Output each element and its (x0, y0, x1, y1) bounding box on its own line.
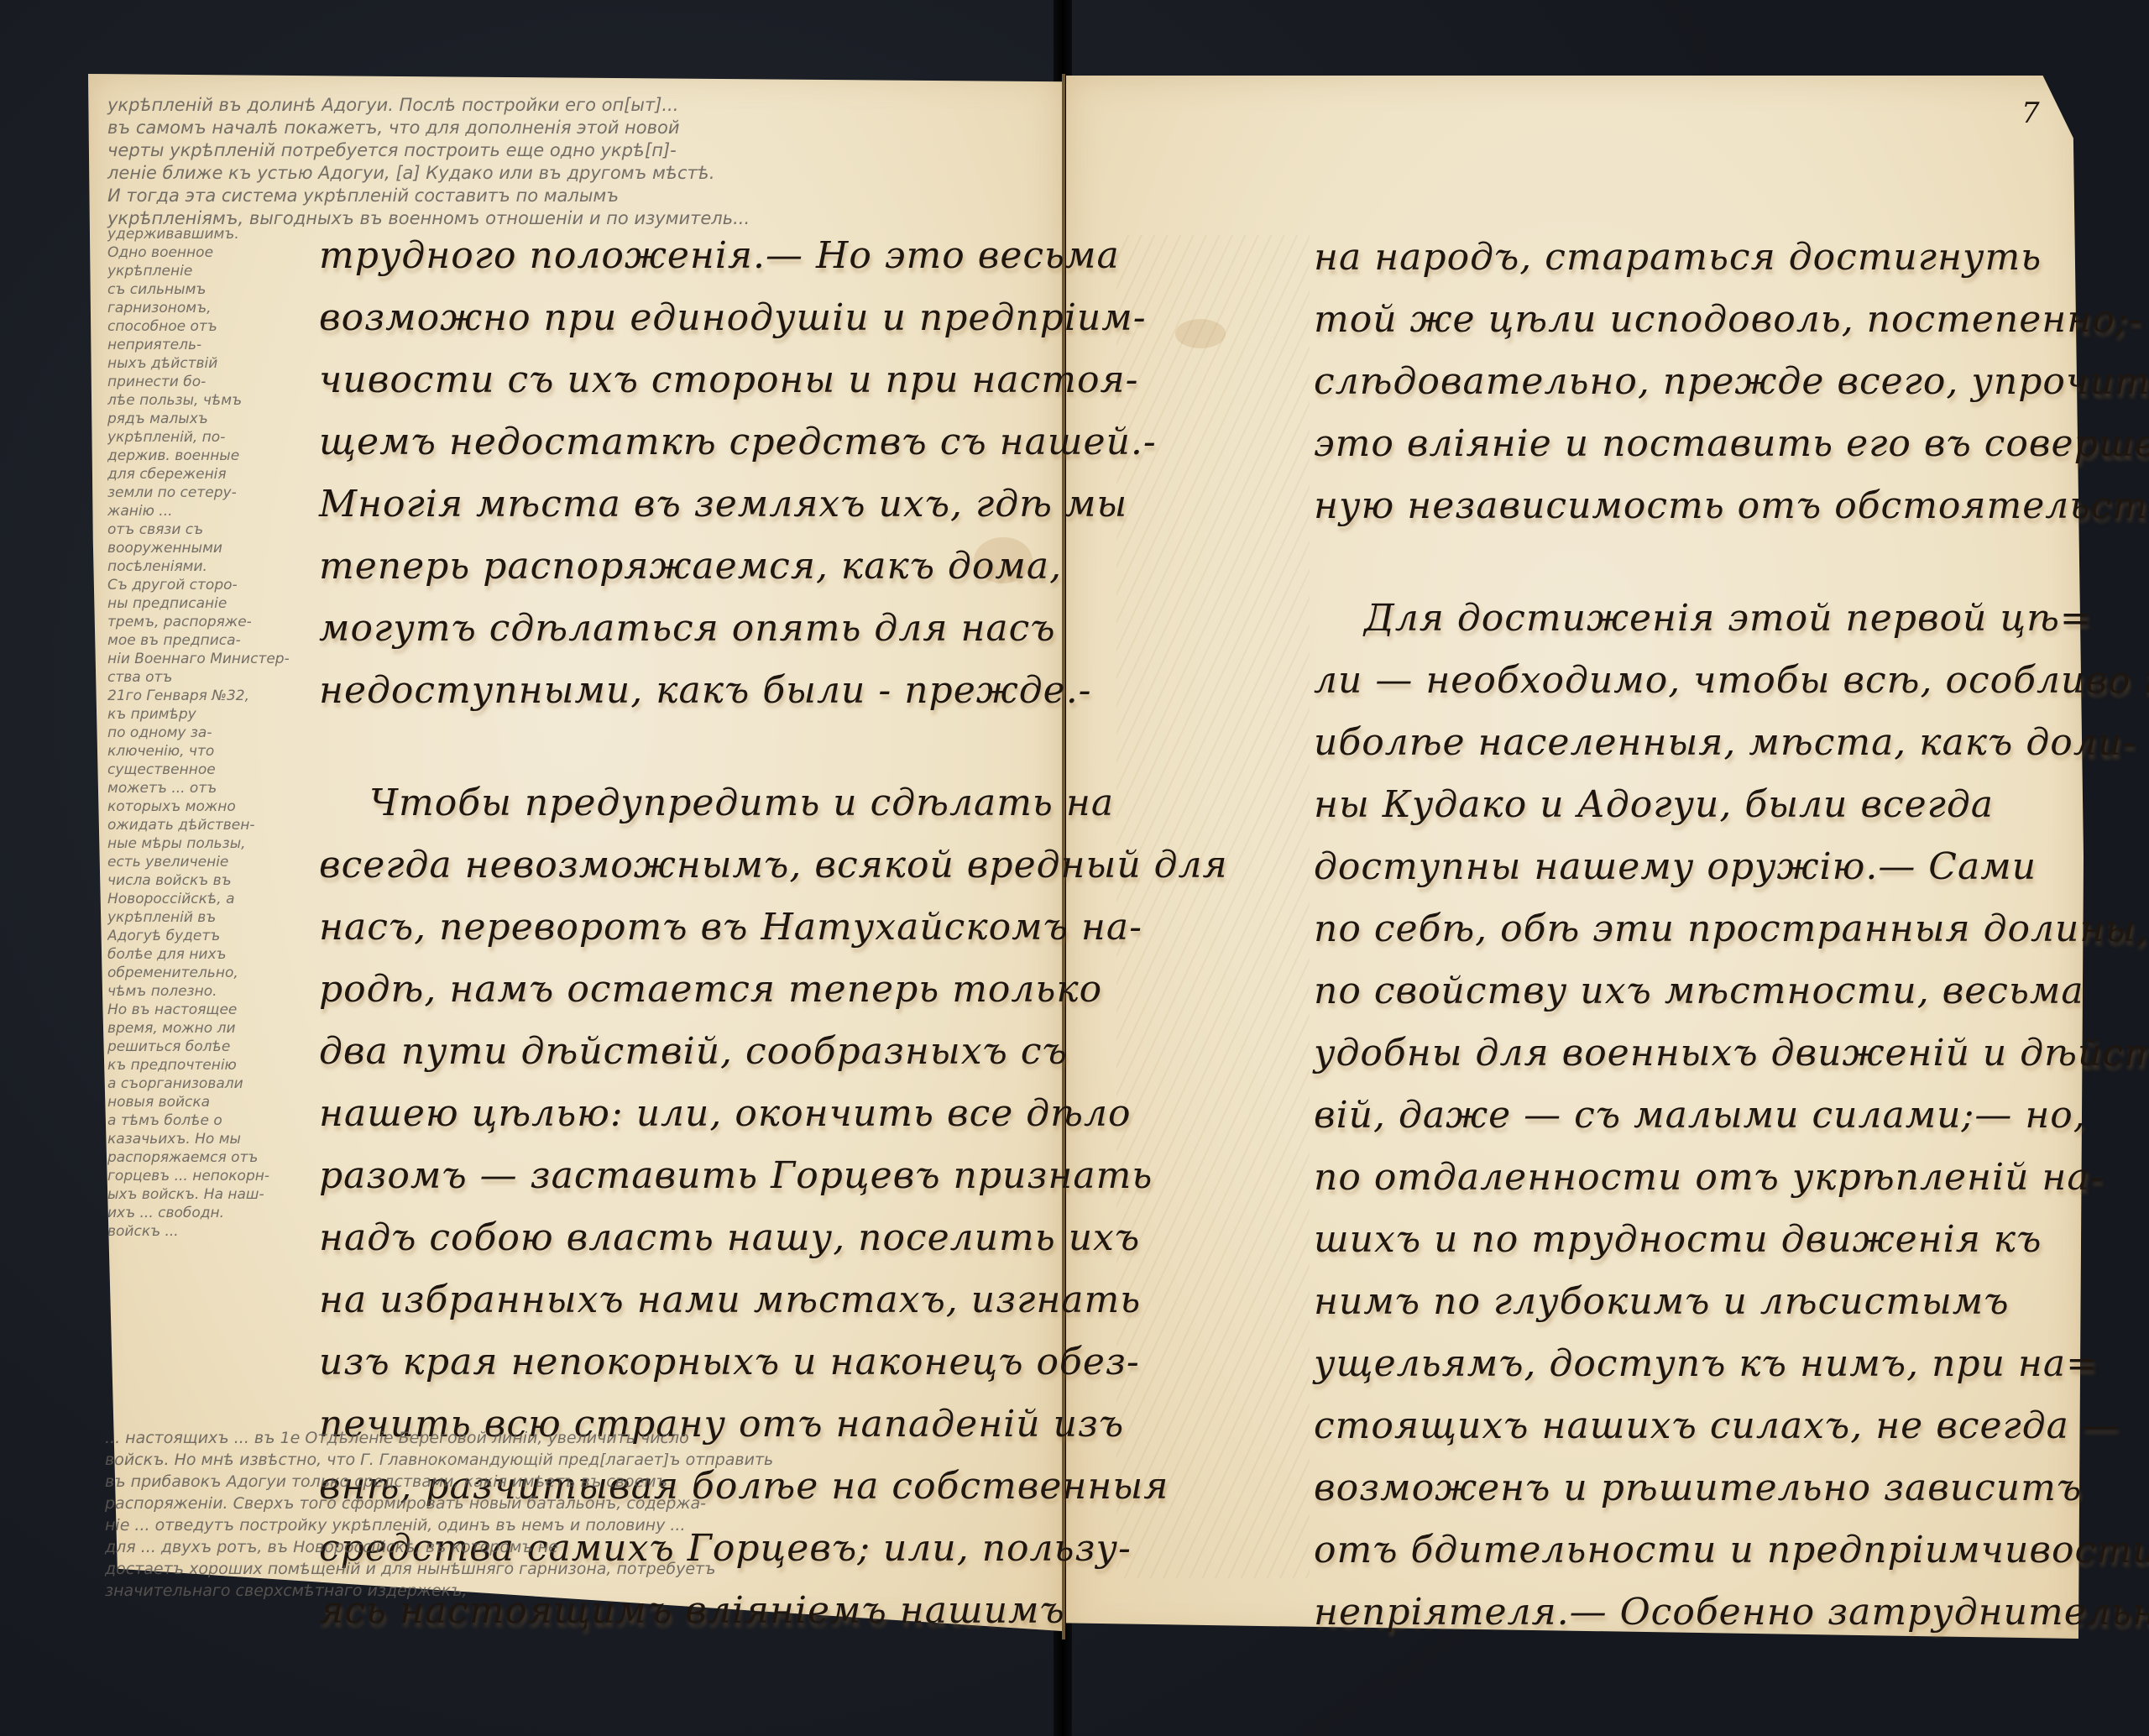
pencil-line: ... настоящихъ ... въ 1е Отдѣленіе Берег… (105, 1427, 1037, 1449)
top-pencil-notes: укрѣпленій въ долинѣ Адогуи. Послѣ постр… (107, 94, 1039, 230)
margin-line: ихъ ... свободн. (107, 1204, 322, 1222)
margin-line: Адогуѣ будетъ (107, 927, 322, 945)
margin-line: ные мѣры пользы, (107, 834, 322, 853)
text-line: щемъ недостаткѣ средствъ съ нашей.- (319, 411, 1058, 473)
margin-line: а съорганизовали (107, 1075, 322, 1093)
text-line: доступны нашему оружію.— Сами (1314, 836, 2061, 898)
margin-line: принести бо- (107, 373, 322, 391)
margin-line: распоряжаемся отъ (107, 1148, 322, 1167)
margin-line: есть увеличеніе (107, 853, 322, 871)
margin-line: жанію ... (107, 502, 322, 520)
margin-line: къ примѣру (107, 705, 322, 724)
margin-line: Одно военное (107, 243, 322, 262)
text-line: Многія мѣста въ земляхъ ихъ, гдѣ мы (319, 473, 1058, 536)
margin-line: гарнизономъ, (107, 299, 322, 317)
margin-line: решиться болѣе (107, 1038, 322, 1056)
page-number: 7 (2021, 97, 2040, 130)
text-line: чивости съ ихъ стороны и при настоя- (319, 349, 1058, 411)
margin-line: удерживавшимъ. (107, 225, 322, 243)
margin-line: Съ другой сторо- (107, 576, 322, 594)
pencil-line: ніе ... отведутъ постройку укрѣпленій, о… (105, 1514, 1037, 1536)
text-line: надъ собою власть нашу, поселить ихъ (319, 1207, 1058, 1269)
margin-line: войскъ ... (107, 1222, 322, 1241)
margin-line: ніи Военнаго Министер- (107, 650, 322, 668)
text-line: недоступными, какъ были - прежде.- (319, 660, 1058, 722)
pencil-line: въ прибавокъ Адогуи только средствами, к… (105, 1471, 1037, 1493)
text-line: вій, даже — съ малыми силами;— но, (1314, 1085, 2061, 1147)
margin-line: ключенію, что (107, 742, 322, 761)
pencil-line: достаетъ хороших помѣщеній и для нынѣшня… (105, 1558, 1037, 1580)
pencil-line: распоряженіи. Сверхъ того сформировать н… (105, 1493, 1037, 1514)
margin-line: рядъ малыхъ (107, 410, 322, 428)
margin-line: по одному за- (107, 724, 322, 742)
text-line: изъ края непокорныхъ и наконецъ обез- (319, 1331, 1058, 1394)
text-line: возможно при единодушіи и предпріим- (319, 287, 1058, 349)
text-line: отъ бдительности и предпріимчивости (1314, 1519, 2061, 1582)
margin-line: мое въ предписа- (107, 631, 322, 650)
text-line: насъ, переворотъ въ Натухайскомъ на- (319, 897, 1058, 959)
margin-line: Новороссійскѣ, а (107, 890, 322, 908)
text-line: непріятеля.— Особенно затруднительно (1314, 1582, 2061, 1644)
paragraph-start-line: Чтобы предупредить и сдѣлать на (319, 772, 1058, 834)
margin-line: къ предпочтенію (107, 1056, 322, 1075)
margin-line: новыя войска (107, 1093, 322, 1111)
text-line: трудного положенія.— Но это весьма (319, 225, 1058, 287)
text-line: по себѣ, обѣ эти пространныя долины, (1314, 898, 2061, 960)
margin-pencil-notes: удерживавшимъ. Одно военное укрѣпленіе с… (107, 225, 322, 1241)
text-line: теперь распоряжаемся, какъ дома, (319, 536, 1058, 598)
text-line: шихъ и по трудности движенія къ (1314, 1209, 2061, 1271)
text-line: удобны для военныхъ движеній и дѣйст- (1314, 1022, 2061, 1085)
margin-line: 21го Генваря №32, (107, 687, 322, 705)
text-line: той же цѣли исподоволь, постепенно;- (1314, 289, 2061, 351)
margin-line: существенное (107, 761, 322, 779)
text-line: всегда невозможнымъ, всякой вредный для (319, 834, 1058, 897)
margin-line: укрѣпленіе (107, 262, 322, 280)
text-line: по свойству ихъ мѣстности, весьма (1314, 960, 2061, 1022)
text-line: родѣ, намъ остается теперь только (319, 959, 1058, 1021)
margin-line: можетъ ... отъ (107, 779, 322, 797)
margin-line: обременительно, (107, 964, 322, 982)
margin-line: земли по сетеру- (107, 484, 322, 502)
margin-line: способное отъ (107, 317, 322, 336)
text-line: по отдаленности отъ укрѣпленій на- (1314, 1147, 2061, 1209)
margin-line: ства отъ (107, 668, 322, 687)
margin-line: лѣе пользы, чѣмъ (107, 391, 322, 410)
margin-line: казачьихъ. Но мы (107, 1130, 322, 1148)
margin-line: которыхъ можно (107, 797, 322, 816)
margin-line: съ сильнымъ (107, 280, 322, 299)
margin-line: болѣе для нихъ (107, 945, 322, 964)
text-line: на избранныхъ нами мѣстахъ, изгнать (319, 1269, 1058, 1331)
pencil-line: въ самомъ началѣ покажетъ, что для допол… (107, 117, 1039, 139)
pencil-line: для ... двухъ ротъ, въ Новороссійскѣ, въ… (105, 1536, 1037, 1558)
margin-line: горцевъ ... непокорн- (107, 1167, 322, 1185)
text-line: возможенъ и рѣшительно зависитъ (1314, 1457, 2061, 1519)
paragraph-start-line: Для достиженія этой первой цѣ= (1314, 588, 2061, 650)
margin-line: держив. военные (107, 447, 322, 465)
text-line: два пути дѣйствій, сообразныхъ съ (319, 1021, 1058, 1083)
margin-line: укрѣпленій въ (107, 908, 322, 927)
pencil-line: укрѣпленій въ долинѣ Адогуи. Послѣ постр… (107, 94, 1039, 117)
stain (1175, 319, 1226, 348)
text-line: нашею цѣлью: или, окончить все дѣло (319, 1083, 1058, 1145)
margin-line: укрѣпленій, по- (107, 428, 322, 447)
margin-line: чѣмъ полезно. (107, 982, 322, 1001)
margin-line: Но въ настоящее (107, 1001, 322, 1019)
pencil-line: войскъ. Но мнѣ извѣстно, что Г. Главноко… (105, 1449, 1037, 1471)
margin-line: числа войскъ въ (107, 871, 322, 890)
text-line: на народъ, стараться достигнуть (1314, 227, 2061, 289)
text-line: стоящихъ нашихъ силахъ, не всегда — (1314, 1395, 2061, 1457)
text-line: иболѣе населенныя, мѣста, какъ доли- (1314, 712, 2061, 774)
text-line: ли — необходимо, чтобы всѣ, особливо на- (1314, 650, 2061, 712)
margin-line: неприятель- (107, 336, 322, 354)
margin-line: ыхъ войскъ. На наш- (107, 1185, 322, 1204)
text-line: нимъ по глубокимъ и лѣсистымъ (1314, 1271, 2061, 1333)
text-line: разомъ — заставить Горцевъ признать (319, 1145, 1058, 1207)
pencil-line: леніе ближе къ устью Адогуи, [а] Кудако … (107, 162, 1039, 185)
margin-line: а тѣмъ болѣе о (107, 1111, 322, 1130)
margin-line: время, можно ли (107, 1019, 322, 1038)
margin-line: вооруженными (107, 539, 322, 557)
margin-line: ны предписаніе (107, 594, 322, 613)
margin-line: посѣленіями. (107, 557, 322, 576)
text-line: ущельямъ, доступъ къ нимъ, при на= (1314, 1333, 2061, 1395)
text-line: ную независимость отъ обстоятельствъ. (1314, 475, 2061, 537)
bottom-pencil-notes: ... настоящихъ ... въ 1е Отдѣленіе Берег… (105, 1427, 1037, 1602)
margin-line: ныхъ дѣйствій (107, 354, 322, 373)
pencil-line: И тогда эта система укрѣпленій составитъ… (107, 185, 1039, 207)
margin-line: тремъ, распоряже- (107, 613, 322, 631)
margin-line: ожидать дѣйствен- (107, 816, 322, 834)
pencil-line: значительнаго сверхсмѣтнаго издержекъ, (105, 1580, 1037, 1602)
margin-line: отъ связи съ (107, 520, 322, 539)
text-line: могутъ сдѣлаться опять для насъ (319, 598, 1058, 660)
text-line: слѣдовательно, прежде всего, упрочить (1314, 351, 2061, 413)
margin-line: для сбереженія (107, 465, 322, 484)
right-main-text: на народъ, стараться достигнуть той же ц… (1314, 227, 2061, 1644)
text-line: ны Кудако и Адогуи, были всегда (1314, 774, 2061, 836)
text-line: это вліяніе и поставить его въ совершен- (1314, 413, 2061, 475)
pencil-line: черты укрѣпленій потребуется построить е… (107, 139, 1039, 162)
